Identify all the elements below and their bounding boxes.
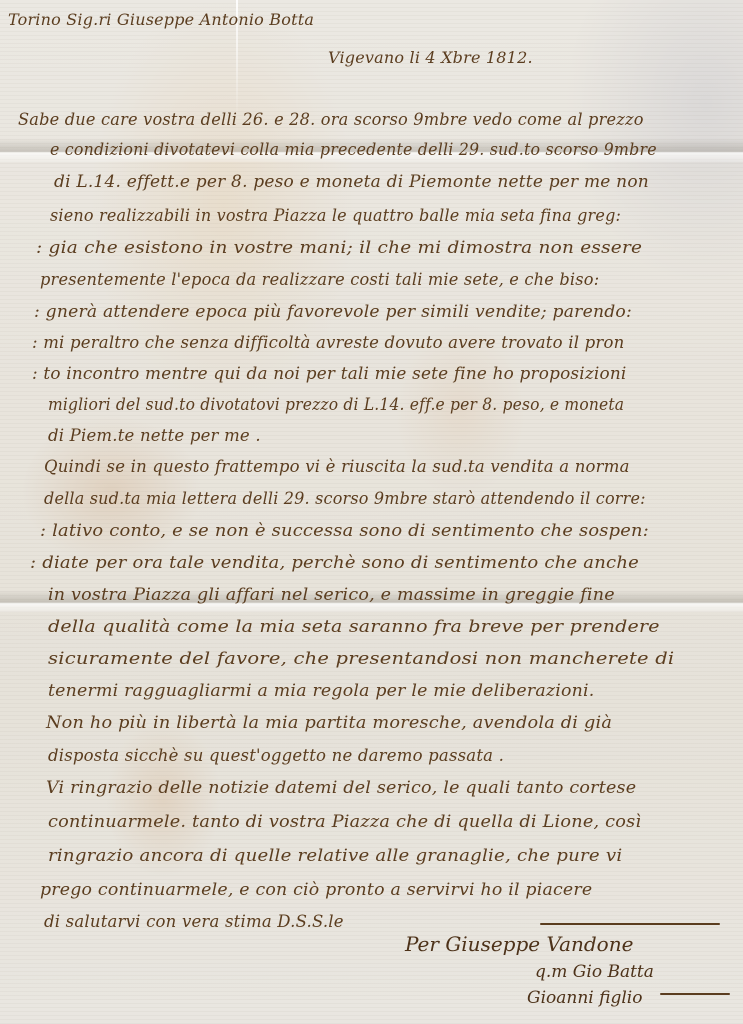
- body-line: Vi ringrazio delle notizie datemi del se…: [46, 778, 636, 797]
- body-line: : to incontro mentre qui da noi per tali…: [32, 364, 626, 383]
- body-line: di salutarvi con vera stima D.S.S.le: [44, 912, 344, 931]
- body-line: ringrazio ancora di quelle relative alle…: [48, 846, 622, 865]
- body-line: tenermi ragguagliarmi a mia regola per l…: [48, 681, 594, 700]
- body-line: presentemente l'epoca da realizzare cost…: [40, 270, 599, 289]
- body-line: di Piem.te nette per me .: [48, 426, 261, 445]
- body-line: e condizioni divotatevi colla mia preced…: [50, 140, 657, 159]
- body-line: della sud.ta mia lettera delli 29. scors…: [44, 489, 646, 508]
- signature-patronymic: q.m Gio Batta: [535, 962, 654, 982]
- body-line: prego continuarmele, e con ciò pronto a …: [40, 880, 592, 899]
- body-line: in vostra Piazza gli affari nel serico, …: [48, 585, 615, 604]
- body-line: della qualità come la mia seta saranno f…: [48, 617, 660, 636]
- body-line: Non ho più in libertà la mia partita mor…: [46, 713, 612, 732]
- place-date: Vigevano li 4 Xbre 1812.: [328, 48, 533, 67]
- body-line: Quindi se in questo frattempo vi è riusc…: [44, 457, 630, 476]
- body-line: : lativo conto, e se non è successa sono…: [40, 521, 649, 540]
- body-line: continuarmele. tanto di vostra Piazza ch…: [48, 812, 641, 831]
- signature-son: Gioanni figlio: [527, 988, 642, 1008]
- recipient-address: Torino Sig.ri Giuseppe Antonio Botta: [8, 10, 314, 29]
- body-line: : gnerà attendere epoca più favorevole p…: [34, 302, 632, 321]
- body-line: di L.14. effett.e per 8. peso e moneta d…: [54, 172, 649, 191]
- body-line: sicuramente del favore, che presentandos…: [48, 649, 674, 668]
- body-line: : diate per ora tale vendita, perchè son…: [30, 553, 639, 572]
- signature-rule-top: [540, 923, 720, 925]
- body-line: disposta sicchè su quest'oggetto ne dare…: [48, 746, 504, 765]
- body-line: : mi peraltro che senza difficoltà avres…: [32, 333, 624, 352]
- body-line: sieno realizzabili in vostra Piazza le q…: [50, 206, 621, 225]
- body-line: Sabe due care vostra delli 26. e 28. ora…: [18, 110, 644, 129]
- body-line: migliori del sud.to divotatovi prezzo di…: [48, 395, 624, 414]
- signature-name: Per Giuseppe Vandone: [405, 932, 633, 956]
- body-line: : gia che esistono in vostre mani; il ch…: [36, 238, 642, 257]
- letter-page: Torino Sig.ri Giuseppe Antonio Botta Vig…: [0, 0, 743, 1024]
- signature-flourish: [660, 993, 730, 995]
